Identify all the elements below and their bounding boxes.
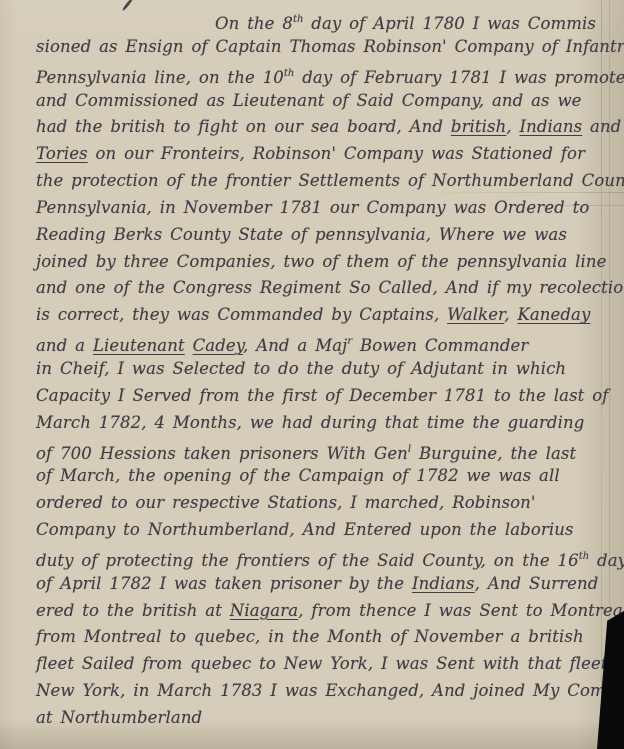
text-segment: the protection of the frontier Settlemen… (36, 171, 624, 190)
text-segment: of March, the opening of the Campaign of… (36, 466, 560, 485)
underlined-text: Kaneday (517, 305, 590, 324)
text-segment: , And a Maj (243, 336, 347, 355)
text-segment: had the british to fight on our sea boar… (36, 117, 451, 136)
text-segment: in Cheif, I was Selected to do the duty … (36, 359, 566, 378)
text-segment: ordered to our respective Stations, I ma… (36, 493, 536, 512)
text-segment: and one of the Congress Regiment So Call… (36, 278, 624, 297)
text-segment: sioned as Ensign of Captain Thomas Robin… (36, 37, 624, 56)
underlined-text: Indians (412, 574, 475, 593)
underlined-text: Cadey (193, 336, 243, 355)
underlined-text: Lieutenant (93, 336, 185, 355)
manuscript-line: of April 1782 I was taken prisoner by th… (36, 571, 608, 598)
superscript-text: th (579, 551, 589, 562)
text-segment: , (506, 117, 519, 136)
superscript-text: th (293, 14, 303, 25)
underlined-text: Walker (447, 305, 504, 324)
text-segment: fleet Sailed from quebec to New York, I … (36, 654, 624, 673)
manuscript-line: March 1782, 4 Months, we had during that… (36, 410, 608, 437)
text-segment: of April 1782 I was taken prisoner by th… (36, 574, 412, 593)
manuscript-line: of March, the opening of the Campaign of… (36, 463, 608, 490)
text-segment: at Northumberland (36, 708, 202, 727)
manuscript-line: from Montreal to quebec, in the Month of… (36, 624, 608, 651)
text-segment: Company to Northumberland, And Entered u… (36, 520, 574, 539)
text-segment: , And Surrend (475, 574, 599, 593)
text-segment: duty of protecting the frontiers of the … (36, 551, 579, 570)
text-segment: joined by three Companies, two of them o… (36, 252, 607, 271)
underlined-text: Tories (36, 144, 88, 163)
manuscript-line: had the british to fight on our sea boar… (36, 114, 608, 141)
text-segment: and (582, 117, 621, 136)
text-segment: Capacity I Served from the first of Dece… (36, 386, 609, 405)
underlined-text: british (451, 117, 506, 136)
text-segment: , (504, 305, 517, 324)
manuscript-line: the protection of the frontier Settlemen… (36, 168, 608, 195)
manuscript-line: New York, in March 1783 I was Exchanged,… (36, 678, 608, 705)
text-segment: Pennsylvania line, on the 10 (36, 68, 284, 87)
manuscript-line: Company to Northumberland, And Entered u… (36, 517, 608, 544)
manuscript-line: ordered to our respective Stations, I ma… (36, 490, 608, 517)
text-segment: Pennsylvania, in November 1781 our Compa… (36, 198, 589, 217)
manuscript-line: fleet Sailed from quebec to New York, I … (36, 651, 608, 678)
text-segment: is correct, they was Commanded by Captai… (36, 305, 447, 324)
manuscript-line: Pennsylvania, in November 1781 our Compa… (36, 195, 608, 222)
manuscript-line: and one of the Congress Regiment So Call… (36, 275, 608, 302)
text-segment (185, 336, 193, 355)
vertical-paper-crease (609, 0, 610, 620)
manuscript-line: in Cheif, I was Selected to do the duty … (36, 356, 608, 383)
manuscript-line: Capacity I Served from the first of Dece… (36, 383, 608, 410)
superscript-text: th (284, 68, 294, 79)
text-segment: Burguine, the last (411, 444, 576, 463)
text-segment: and Commissioned as Lieutenant of Said C… (36, 91, 582, 110)
text-segment: On the 8 (215, 14, 293, 33)
manuscript-line: at Northumberland (36, 705, 608, 732)
manuscript-line: ered to the british at Niagara, from the… (36, 598, 608, 625)
text-segment: day of February 1781 I was promoted (294, 68, 624, 87)
text-segment: day of April 1780 I was Commis (303, 14, 596, 33)
text-segment: New York, in March 1783 I was Exchanged,… (36, 681, 624, 700)
text-segment: Reading Berks County State of pennsylvan… (36, 225, 567, 244)
manuscript-line: sioned as Ensign of Captain Thomas Robin… (36, 34, 608, 61)
underlined-text: Indians (520, 117, 583, 136)
text-segment: of 700 Hessions taken prisoners With Gen (36, 444, 408, 463)
manuscript-line: and Commissioned as Lieutenant of Said C… (36, 88, 608, 115)
manuscript-line: of 700 Hessions taken prisoners With Gen… (36, 437, 608, 464)
manuscript-line: Pennsylvania line, on the 10th day of Fe… (36, 61, 608, 88)
manuscript-line: duty of protecting the frontiers of the … (36, 544, 608, 571)
text-segment: ered to the british at (36, 601, 230, 620)
manuscript-line: Tories on our Fronteirs, Robinson' Compa… (36, 141, 608, 168)
manuscript-line: joined by three Companies, two of them o… (36, 249, 608, 276)
text-segment: Bowen Commander (352, 336, 528, 355)
text-segment: day (589, 551, 624, 570)
text-segment: on our Fronteirs, Robinson' Company was … (88, 144, 585, 163)
text-segment: , from thence I was Sent to Montreal (298, 601, 624, 620)
manuscript-page: On the 8th day of April 1780 I was Commi… (0, 0, 624, 749)
text-segment: from Montreal to quebec, in the Month of… (36, 627, 584, 646)
text-segment: and a (36, 336, 93, 355)
manuscript-line: and a Lieutenant Cadey, And a Majr Bowen… (36, 329, 608, 356)
text-segment: March 1782, 4 Months, we had during that… (36, 413, 584, 432)
manuscript-text: On the 8th day of April 1780 I was Commi… (36, 7, 608, 732)
underlined-text: Niagara (230, 601, 298, 620)
manuscript-line: is correct, they was Commanded by Captai… (36, 302, 608, 329)
manuscript-line: Reading Berks County State of pennsylvan… (36, 222, 608, 249)
manuscript-line: On the 8th day of April 1780 I was Commi… (36, 7, 608, 34)
